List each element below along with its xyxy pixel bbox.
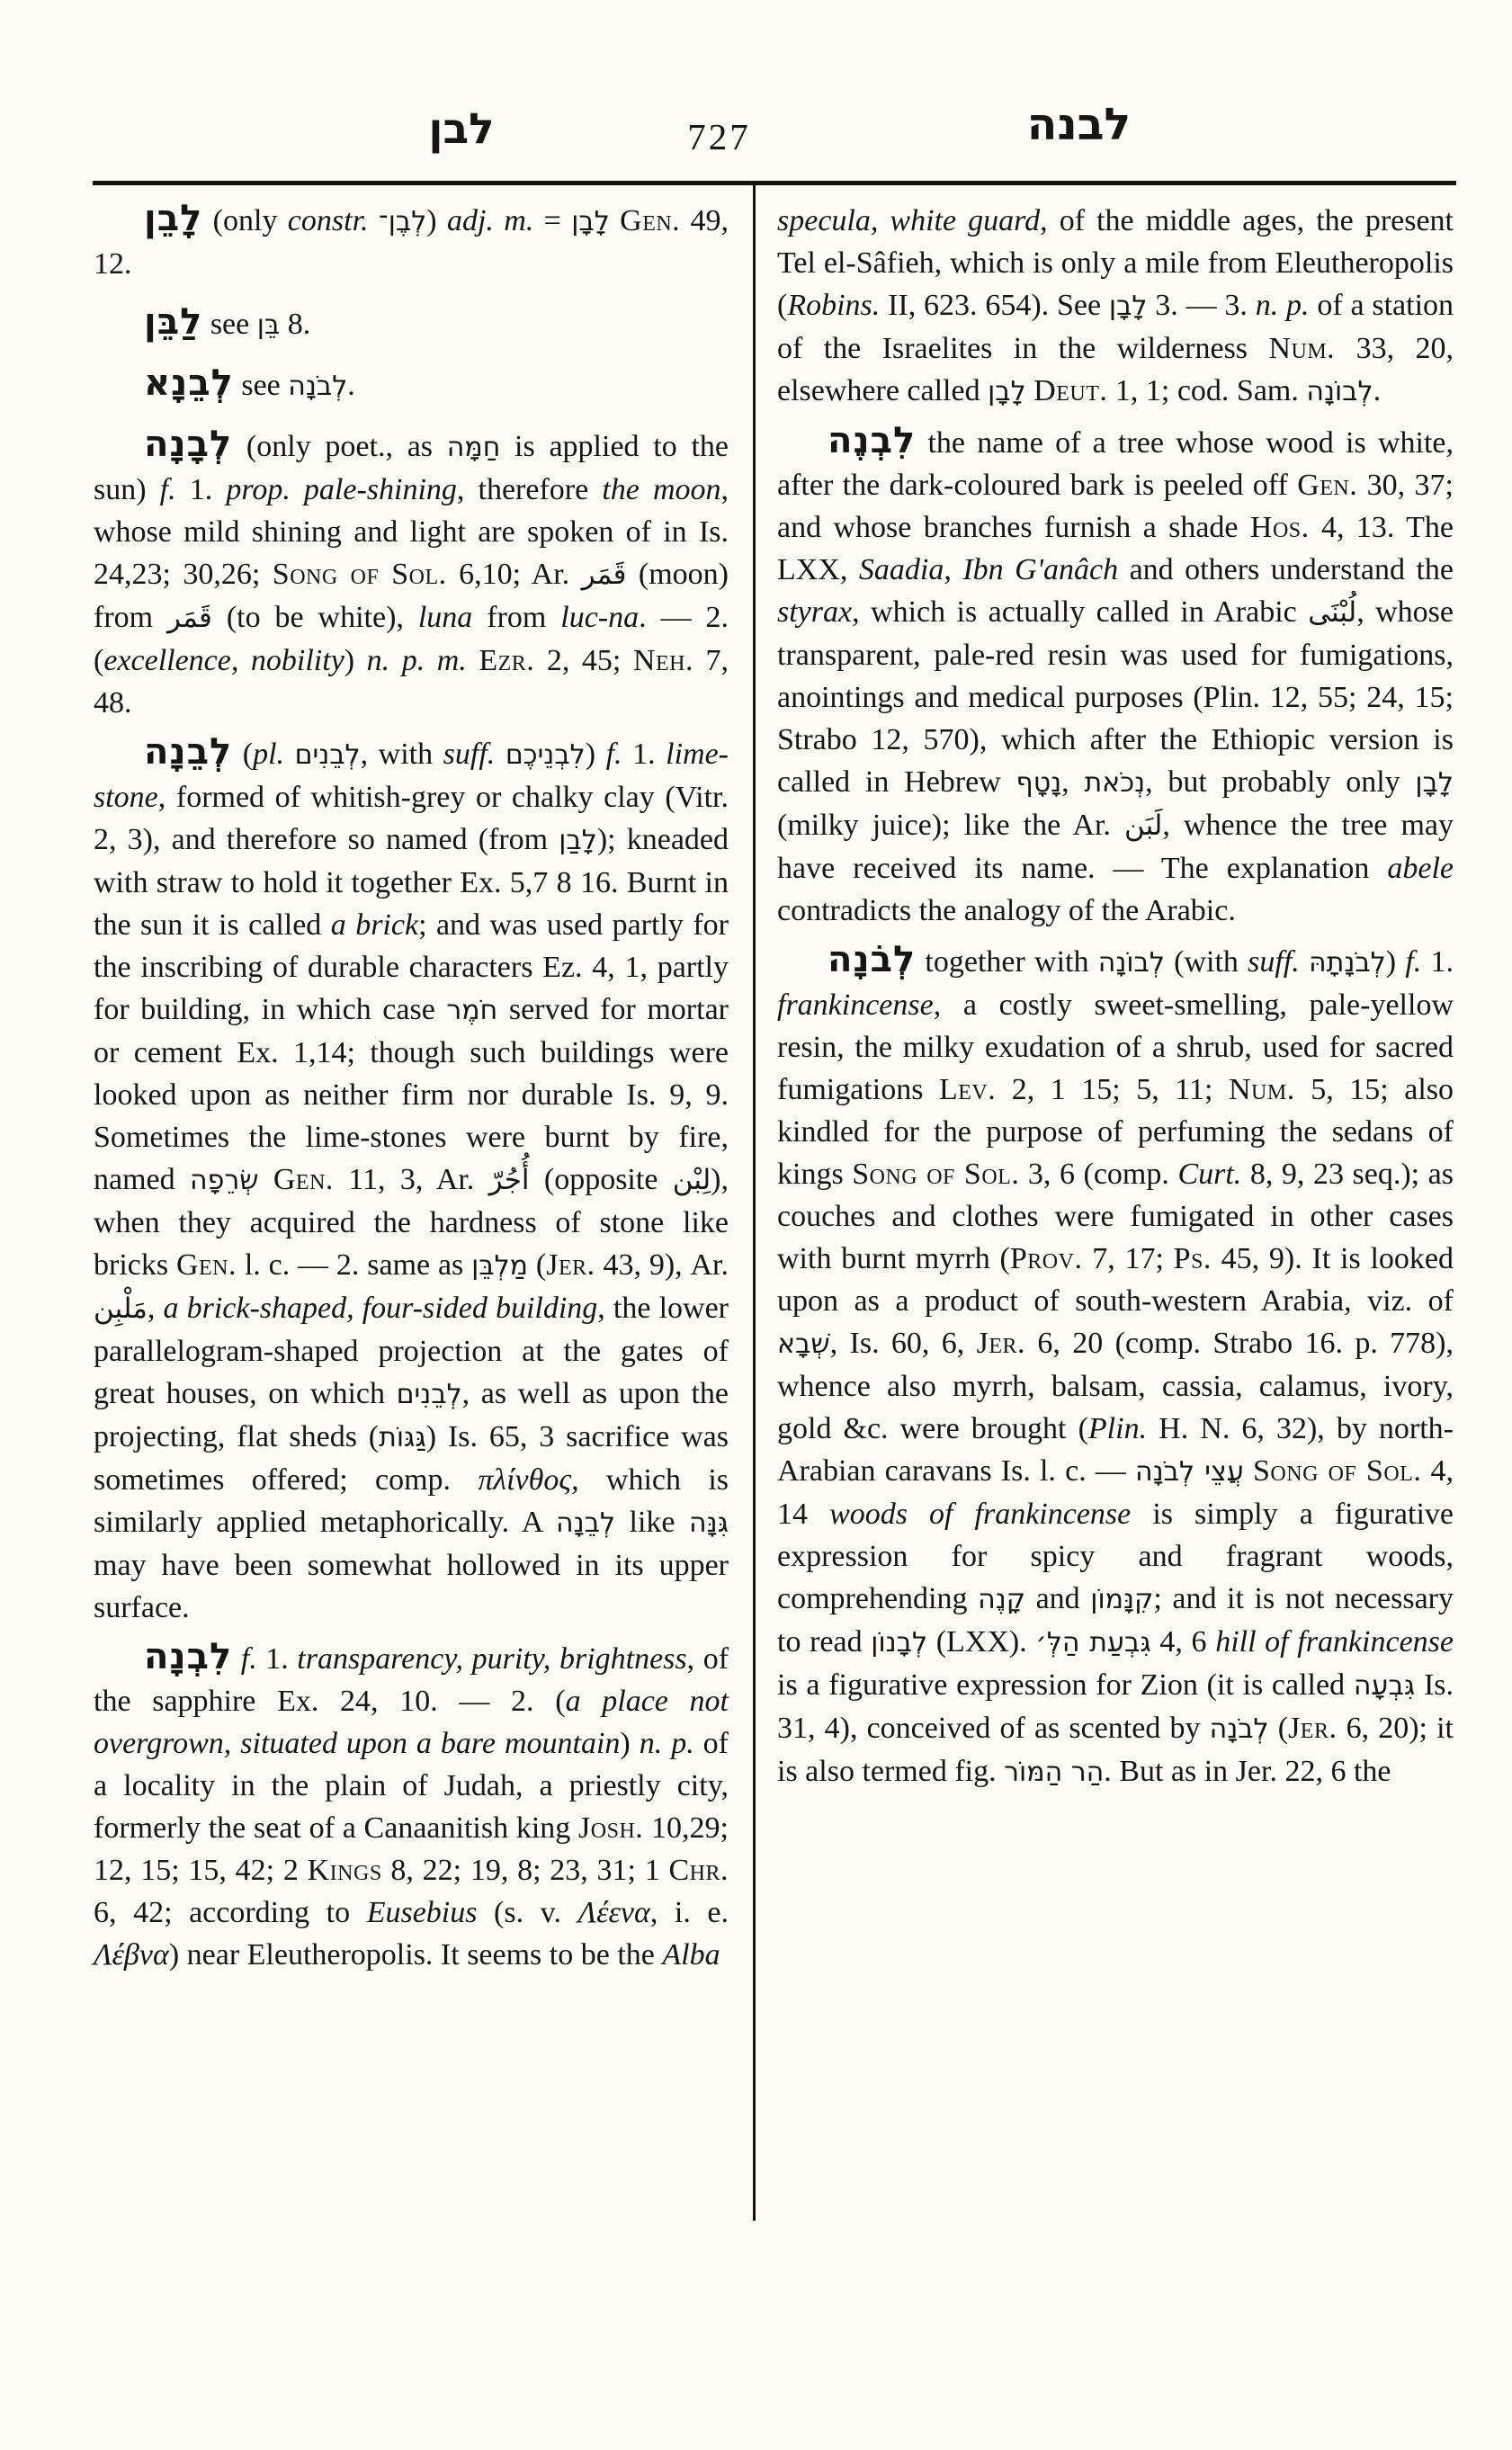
text-segment: suff. — [1248, 945, 1300, 979]
text-segment: , therefore — [457, 473, 602, 506]
text-segment: לְבֵנָה — [556, 1507, 615, 1539]
text-segment: ) — [586, 738, 606, 771]
entry-headword: לְבֵנָא — [144, 362, 234, 404]
text-segment: frankincense — [777, 988, 934, 1022]
text-segment: לְבָנוֹן — [871, 1627, 927, 1659]
text-segment: a brick — [331, 908, 418, 942]
text-segment: 6, 42; according to — [94, 1896, 367, 1929]
text-segment: abele — [1387, 852, 1454, 885]
entry-headword: לָבֵן — [144, 198, 202, 239]
text-segment — [284, 738, 295, 771]
text-segment: עֲצֵי לְבֹנָה — [1135, 1456, 1244, 1488]
text-segment: 3, 6 (comp. — [1019, 1158, 1177, 1191]
text-segment: לְבֵנִים — [295, 739, 361, 771]
text-segment: لُبْنَى — [1308, 596, 1356, 629]
text-segment: (to be white), — [212, 601, 418, 634]
text-segment: 2, 1 15; 5, 11; — [996, 1073, 1229, 1106]
text-segment — [1026, 374, 1034, 407]
text-segment: 1, 1; cod. Sam. — [1107, 374, 1306, 407]
text-segment: 43, 9), Ar. — [595, 1248, 729, 1282]
text-segment: Eusebius — [367, 1896, 478, 1929]
text-segment: , — [1061, 765, 1084, 799]
text-segment: 4, 6 — [1151, 1625, 1215, 1659]
text-segment: . — [347, 369, 355, 402]
text-segment: לָבַן — [559, 825, 597, 856]
text-segment: Ezr. — [479, 644, 534, 677]
text-segment: n. p. — [640, 1727, 694, 1760]
text-segment: may have been somewhat hollowed in its u… — [94, 1549, 729, 1624]
text-segment: Jer. — [1288, 1712, 1337, 1745]
text-segment: , but probably only — [1145, 765, 1415, 799]
text-segment: שְׂרֵפָה — [190, 1165, 259, 1196]
text-segment: together with — [916, 945, 1098, 979]
text-segment: לָבָן — [571, 206, 610, 237]
text-segment: קִנָּמוֹן — [1090, 1584, 1153, 1615]
text-segment: contradicts the analogy of the Arabic. — [777, 894, 1236, 927]
text-segment: لِبْن — [673, 1164, 711, 1196]
text-segment: Alba — [662, 1938, 720, 1972]
text-segment: luc-na — [560, 601, 639, 634]
text-segment: גִּבְעַת הַלְּ׳ — [1035, 1627, 1150, 1659]
text-segment: ) — [1386, 945, 1406, 979]
entry-livnah-continuation: specula, white guard, of the middle ages… — [777, 200, 1454, 413]
text-segment: , which is actually called in Arabic — [852, 595, 1308, 629]
text-segment: 6,10; Ar. — [447, 558, 582, 591]
text-segment: 11, 3, Ar. — [334, 1163, 489, 1196]
text-segment: مَلْبِن — [94, 1292, 148, 1325]
right-column: specula, white guard, of the middle ages… — [777, 200, 1454, 1793]
text-segment: = — [533, 204, 571, 237]
text-segment: Chr. — [668, 1854, 729, 1887]
text-segment: Λέενα — [578, 1896, 650, 1929]
text-segment: Gen. — [620, 204, 680, 237]
text-segment: נָטָף — [1016, 767, 1062, 799]
text-segment — [467, 644, 479, 677]
entry-labben-cross-reference: לַבֵּן see בֵּן 8. — [94, 303, 729, 346]
text-segment: and others understand the — [1118, 553, 1454, 586]
text-segment: 1. — [1421, 945, 1454, 979]
text-segment: Josh. — [578, 1811, 643, 1845]
text-segment: (only poet., as — [232, 430, 447, 463]
entry-livneh-tree: לִבְנֶה the name of a tree whose wood is… — [777, 422, 1454, 932]
text-segment: Hos. — [1250, 511, 1310, 544]
text-segment: Gen. — [273, 1163, 334, 1196]
text-segment: n. p. m. — [367, 644, 467, 677]
text-segment: styrax — [777, 595, 852, 629]
text-segment: לְבֶן־ — [379, 206, 426, 237]
text-segment: , Is. 60, 6, — [830, 1327, 977, 1360]
text-segment: suff. — [443, 738, 496, 771]
text-segment: 1. — [622, 738, 667, 771]
text-segment: Song of Sol. — [273, 558, 447, 591]
text-segment: חֹמֶר — [446, 995, 497, 1026]
text-segment: a brick-shaped, four-sided building — [163, 1292, 597, 1325]
entry-headword: לְבָנָה — [144, 424, 232, 465]
text-segment: ( — [1269, 1712, 1288, 1745]
text-segment: גַּגּוֹת — [379, 1422, 426, 1453]
text-segment: Num. — [1229, 1073, 1295, 1106]
text-segment: luna — [418, 601, 472, 634]
dictionary-page: לבן 727 לבנה לָבֵן (only constr. לְבֶן־)… — [0, 0, 1512, 2450]
text-segment: . — [1373, 374, 1382, 407]
text-segment: בֵּן — [257, 309, 281, 341]
text-segment: Song of Sol. — [1253, 1454, 1421, 1488]
text-segment: Gen. — [176, 1248, 237, 1282]
text-segment: لَبَن — [1124, 809, 1162, 842]
entry-levanah-moon: לְבָנָה (only poet., as חַמָּה is applie… — [94, 425, 729, 724]
text-segment: , i. e. — [650, 1896, 729, 1929]
text-segment: Λέβνα — [94, 1938, 169, 1972]
text-segment: (LXX). — [927, 1625, 1035, 1659]
text-segment — [232, 1642, 241, 1676]
text-segment — [495, 738, 505, 771]
text-segment: and — [1025, 1582, 1090, 1615]
text-segment: II, 623. 654). See — [880, 289, 1109, 322]
entry-levonah-frankincense: לְבֹנָה together with לְבוֹנָה (with suf… — [777, 941, 1454, 1793]
text-segment: לְבוֹנָה — [1098, 947, 1165, 979]
text-segment: woods of frankincense — [829, 1498, 1131, 1531]
text-segment: . But as in Jer. 22, 6 the — [1104, 1755, 1391, 1788]
text-segment: Robins. — [787, 289, 880, 322]
text-segment: قَمَر — [582, 559, 627, 591]
text-segment: ) — [426, 204, 447, 237]
text-segment: see — [202, 308, 256, 341]
text-segment: f. — [241, 1642, 257, 1676]
text-segment: Plin. — [1088, 1412, 1147, 1445]
text-segment: לְבֹנָתָהּ — [1309, 947, 1386, 979]
text-segment: 1. — [257, 1642, 298, 1676]
header-rule — [93, 181, 1456, 185]
running-head-left: לבן — [376, 104, 547, 154]
text-segment: (with — [1165, 945, 1248, 979]
text-segment: 8, 22; 19, 8; 23, 31; 1 — [382, 1854, 669, 1887]
text-segment: is a figurative expression for Zion (it … — [777, 1668, 1354, 1702]
text-segment: قَمَر — [167, 602, 212, 634]
text-segment: Jer. — [977, 1327, 1025, 1360]
text-segment: ( — [528, 1248, 546, 1282]
text-segment: transparency, purity, brightness — [297, 1642, 686, 1676]
text-segment: 7, 17; — [1082, 1242, 1173, 1275]
text-segment — [1300, 945, 1309, 979]
text-segment: excellence, nobility — [103, 644, 344, 677]
entry-headword: לִבְנֶה — [828, 420, 916, 461]
text-segment: נְכֹאת — [1084, 767, 1145, 799]
text-segment: l. c. — 2. same as — [237, 1248, 471, 1282]
text-segment: 2, 45; — [534, 644, 633, 677]
text-segment: 1. — [176, 473, 227, 506]
column-divider — [753, 181, 756, 2221]
text-segment — [259, 1163, 273, 1196]
text-segment: לָבָן — [1109, 291, 1148, 322]
text-segment — [369, 204, 379, 237]
text-segment: πλίνθος — [478, 1463, 571, 1497]
text-segment: לְבֹנָה — [288, 371, 347, 402]
text-segment: Jer. — [546, 1248, 595, 1282]
text-segment: לְבֵנִים — [397, 1379, 462, 1410]
text-segment: גִּנָּה — [689, 1507, 729, 1539]
text-segment: Gen. — [1297, 469, 1357, 502]
text-segment: , — [148, 1292, 164, 1325]
text-segment: Ps. — [1174, 1242, 1212, 1275]
text-segment: Prov. — [1010, 1242, 1083, 1275]
text-segment: ( — [232, 738, 253, 771]
text-segment: Num. — [1268, 332, 1335, 365]
text-segment: n. p. — [1256, 289, 1310, 322]
page-number: 727 — [640, 115, 798, 158]
text-segment: , — [944, 553, 962, 586]
text-segment: מַלְבֵּן — [471, 1250, 528, 1282]
text-segment: (s. v. — [477, 1896, 577, 1929]
text-segment: f. — [1405, 945, 1421, 979]
text-segment: שְׁבָא — [777, 1328, 830, 1360]
text-segment — [1244, 1454, 1253, 1488]
text-segment: גִּבְעָה — [1354, 1670, 1415, 1702]
text-segment: לְבוֹנָה — [1306, 376, 1373, 407]
text-segment: (only — [202, 204, 287, 237]
text-segment: the moon — [602, 473, 720, 506]
text-segment: Curt. — [1177, 1158, 1241, 1191]
entry-levenah-brick: לְבֵנָה (pl. לְבֵנִים, with suff. לִבְנֵ… — [94, 733, 729, 1629]
text-segment: (opposite — [530, 1163, 673, 1196]
entry-headword: לִבְנָה — [144, 1636, 232, 1677]
text-segment: pl. — [253, 738, 284, 771]
text-segment: Deut. — [1033, 374, 1107, 407]
entry-livnah-locality: לִבְנָה f. 1. transparency, purity, brig… — [94, 1638, 729, 1976]
text-segment: like — [615, 1506, 689, 1539]
entry-laven-adjective: לָבֵן (only constr. לְבֶן־) adj. m. = לָ… — [94, 200, 729, 285]
entry-headword: לַבֵּן — [144, 301, 202, 343]
text-segment: hill of frankincense — [1215, 1625, 1454, 1659]
text-segment: f. — [160, 473, 176, 506]
running-head-right: לבנה — [982, 99, 1176, 150]
text-segment: (milky juice); like the Ar. — [777, 809, 1124, 842]
text-segment: 3. — 3. — [1147, 289, 1255, 322]
text-segment: לָבָן — [1415, 767, 1454, 799]
text-segment: prop. pale-shining — [226, 473, 457, 506]
text-segment: לִבְנֵיכֶם — [505, 739, 586, 771]
entry-levena-cross-reference: לְבֵנָא see לְבֹנָה. — [94, 364, 729, 407]
text-segment: see — [234, 369, 288, 402]
text-segment: חַמָּה — [447, 432, 501, 463]
text-segment: לָבָן — [988, 376, 1026, 407]
text-segment: Ibn G'anâch — [962, 553, 1118, 586]
text-segment: f. — [606, 738, 622, 771]
text-segment: 8. — [280, 308, 310, 341]
text-segment: לְבֹנָה — [1210, 1713, 1269, 1745]
text-segment: ) near Eleutheropolis. It seems to be th… — [169, 1938, 663, 1972]
text-segment: ) — [620, 1727, 639, 1760]
text-segment — [610, 204, 620, 237]
text-segment: Neh. — [633, 644, 693, 677]
text-segment: constr. — [288, 204, 369, 237]
text-segment: ) — [344, 644, 367, 677]
entry-headword: לְבֵנָה — [144, 731, 232, 773]
text-segment: , with — [361, 738, 443, 771]
text-segment: Lev. — [939, 1073, 996, 1106]
left-column: לָבֵן (only constr. לְבֶן־) adj. m. = לָ… — [94, 200, 729, 1976]
entry-headword: לְבֹנָה — [828, 939, 916, 980]
text-segment: קָנֶה — [978, 1584, 1025, 1615]
text-segment: adj. m. — [447, 204, 533, 237]
text-segment: specula, white guard — [777, 204, 1040, 237]
text-segment: הַר הַמּוֹר — [1004, 1757, 1104, 1788]
text-segment: Kings — [308, 1854, 382, 1887]
text-segment: Song of Sol. — [852, 1158, 1019, 1191]
text-segment: from — [472, 601, 560, 634]
text-segment: Saadia — [859, 553, 944, 586]
text-segment: أُجُرّ — [489, 1164, 530, 1196]
